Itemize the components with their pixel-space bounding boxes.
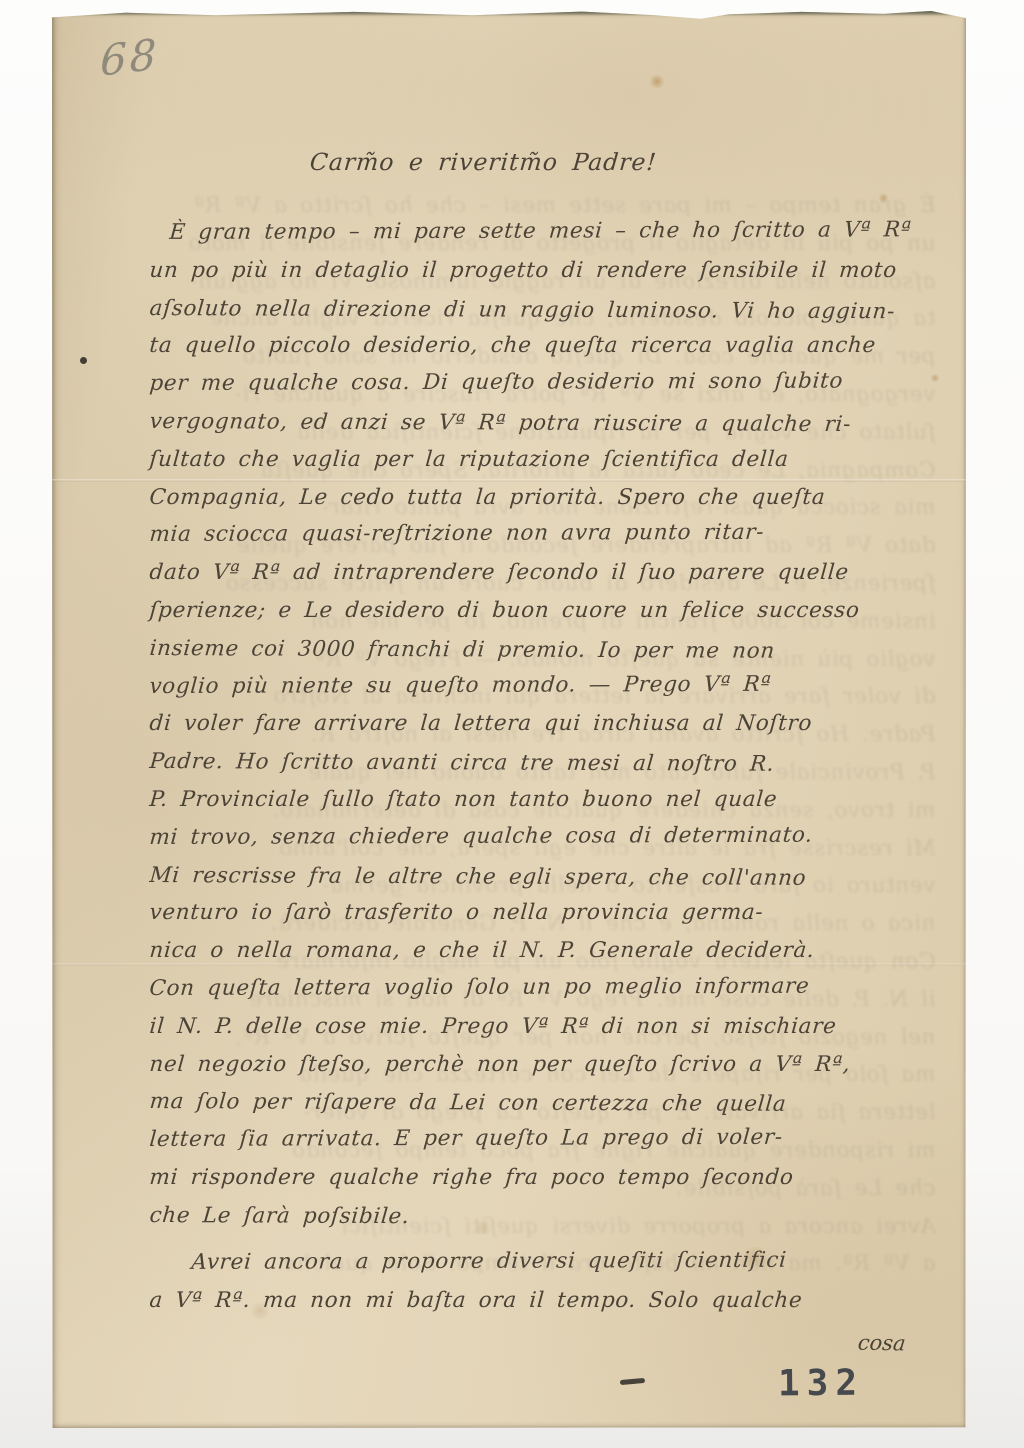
letter-paragraph-1: È gran tempo – mi pare sette mesi – che … [148, 214, 954, 1235]
manuscript-line: venturo io ſarò trasferito o nella provi… [148, 894, 957, 932]
ink-dash-mark [620, 1378, 645, 1385]
manuscript-line: nica o nella romana, e che il N. P. Gene… [148, 932, 957, 970]
scanned-letter-image: È gran tempo – mi pare sette mesi – che … [0, 0, 1024, 1448]
manuscript-line: di voler fare arrivare la lettera qui in… [148, 705, 957, 743]
manuscript-line: per me qualche cosa. Di queſto desiderio… [148, 362, 957, 403]
archival-folio-number: 68 [100, 29, 160, 86]
manuscript-line: ſultato che vaglia per la riputazione ſc… [148, 441, 957, 479]
manuscript-line: mia sciocca quasi-reſtrizione non avra p… [148, 514, 957, 555]
letter-paragraph-2: Avrei ancora a proporre diversi queſiti … [148, 1244, 954, 1320]
manuscript-line: lettera ſia arrivata. E per queſto La pr… [148, 1118, 957, 1159]
manuscript-line: nel negozio ſteſso, perchè non per queſt… [148, 1046, 957, 1084]
paper-stain [878, 193, 889, 203]
manuscript-line: Compagnia, Le cedo tutta la priorità. Sp… [148, 479, 957, 517]
archive-number-stamp: 132 [778, 1363, 864, 1405]
manuscript-line: mi rispondere qualche righe fra poco tem… [148, 1159, 957, 1197]
paper-stain [648, 75, 666, 88]
manuscript-line: a Vª Rª. ma non mi baſta ora il tempo. S… [148, 1282, 957, 1320]
manuscript-line: ſperienze; e Le desidero di buon cuore u… [148, 592, 957, 630]
manuscript-line: Padre. Ho ſcritto avanti circa tre mesi … [148, 743, 957, 784]
manuscript-line: voglio più niente su queſto mondo. — Pre… [148, 665, 957, 706]
manuscript-line: P. Provinciale ſullo ſtato non tanto buo… [148, 781, 957, 819]
manuscript-line: Con queſta lettera voglio ſolo un po meg… [148, 967, 957, 1008]
manuscript-line: un po più in detaglio il progetto di ren… [148, 252, 957, 290]
ink-blot [80, 357, 87, 364]
manuscript-line: Mi rescrisse fra le altre che egli spera… [148, 857, 957, 898]
letter-salutation: Carm̃o e riveritm̃o Padre! [309, 148, 658, 176]
manuscript-line: dato Vª Rª ad intraprendere ſecondo il ſ… [148, 554, 957, 592]
manuscript-line: mi trovo, senza chiedere qualche cosa di… [148, 816, 957, 857]
manuscript-line: vergognato, ed anzi se Vª Rª potra riusc… [148, 403, 957, 444]
manuscript-line: Avrei ancora a proporre diversi queſiti … [148, 1241, 957, 1282]
manuscript-line: È gran tempo – mi pare sette mesi – che … [148, 211, 957, 252]
manuscript-line: che Le ſarà poſsibile. [148, 1197, 957, 1238]
manuscript-line: aſsoluto nella direzione di un raggio lu… [148, 290, 957, 331]
manuscript-line: il N. P. delle cose mie. Prego Vª Rª di … [148, 1008, 957, 1046]
catchword: cosa [857, 1331, 907, 1356]
manuscript-line: ta quello piccolo desiderio, che queſta … [148, 327, 957, 365]
letter-page: È gran tempo – mi pare sette mesi – che … [52, 11, 966, 1428]
